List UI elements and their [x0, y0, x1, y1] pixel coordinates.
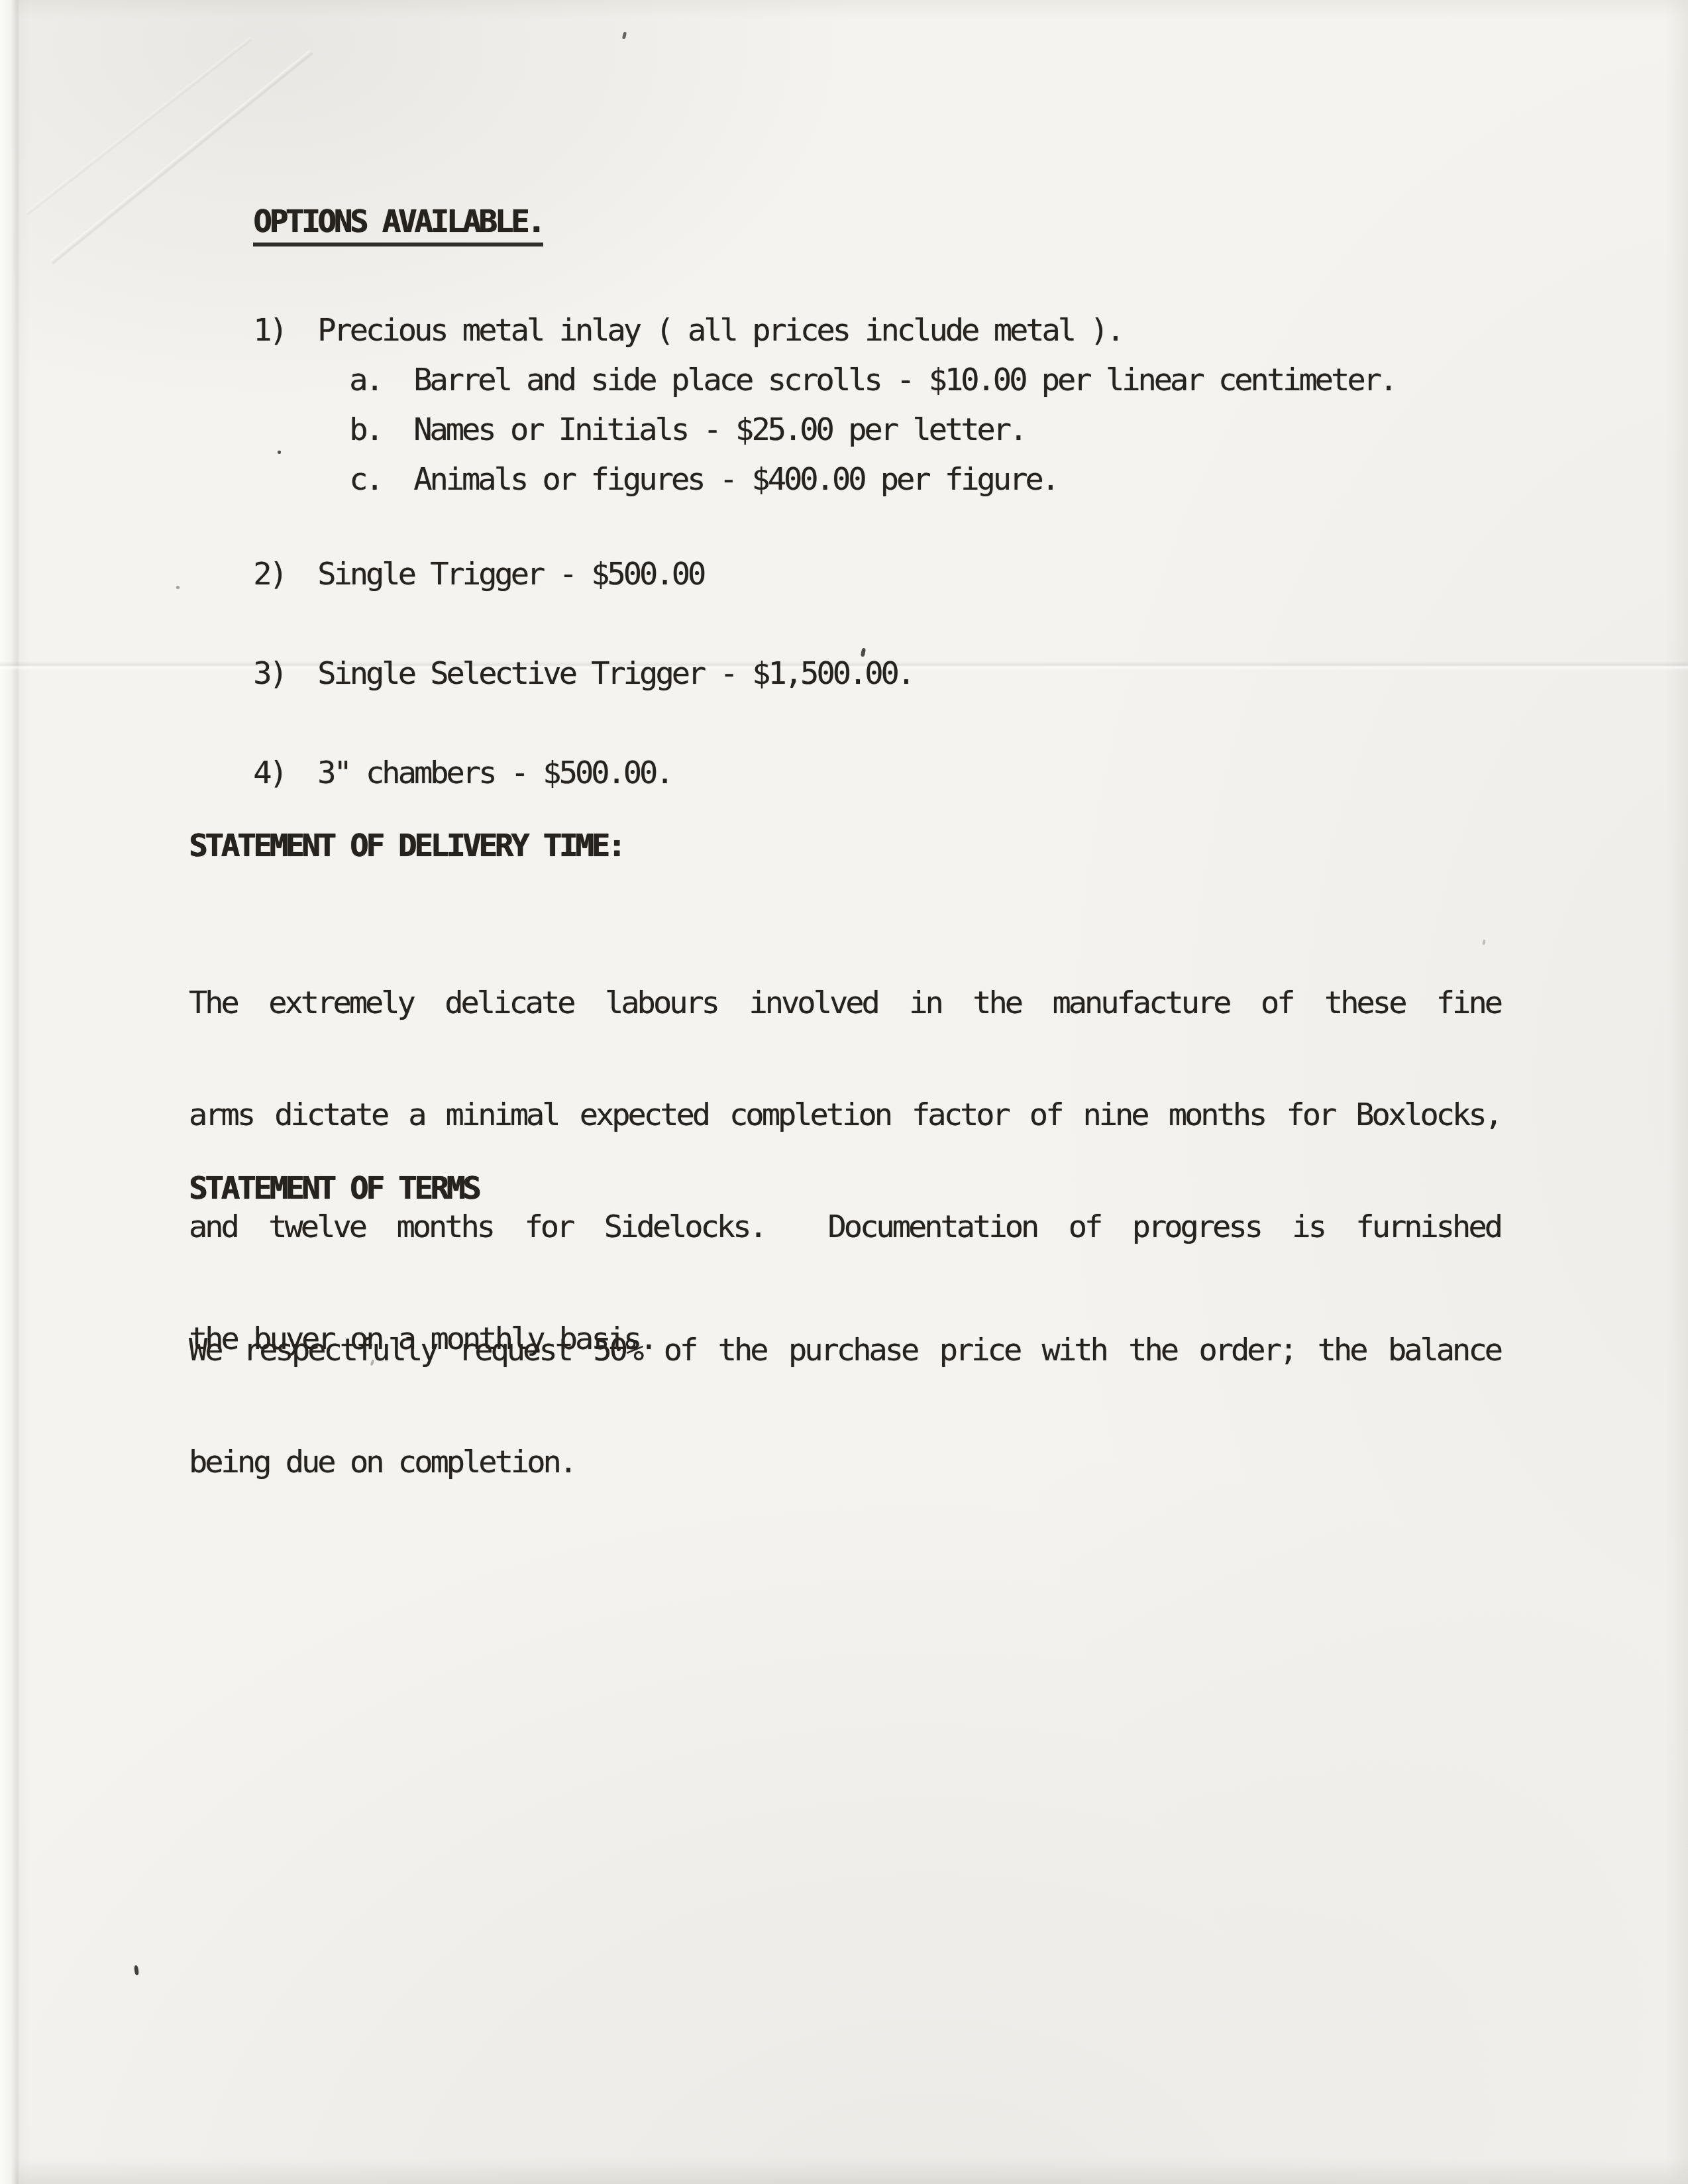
option-4-text: 3" chambers - $500.00. — [317, 755, 672, 791]
options-section-heading: OPTIONS AVAILABLE. — [189, 175, 543, 278]
delivery-paragraph-line-2: arms dictate a minimal expected completi… — [189, 1099, 1501, 1149]
ink-speck — [622, 32, 627, 40]
delivery-paragraph-line-3: and twelve months for Sidelocks. Documen… — [189, 1211, 1501, 1261]
option-4-marker: 4) — [253, 757, 317, 789]
terms-paragraph-line-1: We respectfully request 50% of the purch… — [189, 1335, 1501, 1384]
option-1-subitem-c: c.Animals or figures - $400.00 per figur… — [285, 433, 1057, 526]
paper-left-edge — [0, 0, 20, 2184]
delivery-paragraph-line-1: The extremely delicate labours involved … — [189, 987, 1501, 1037]
delivery-section-heading: STATEMENT OF DELIVERY TIME: — [189, 830, 623, 861]
option-3-text: Single Selective Trigger - $1,500.00. — [317, 655, 913, 692]
subitem-c-marker: c. — [349, 464, 413, 495]
option-2-text: Single Trigger - $500.00 — [317, 556, 704, 592]
option-2-marker: 2) — [253, 559, 317, 590]
stray-period-mark — [278, 451, 281, 454]
option-3-marker: 3) — [253, 658, 317, 689]
stray-apostrophe-mark — [134, 1965, 139, 1976]
option-item-3: 3)Single Selective Trigger - $1,500.00. — [189, 627, 913, 720]
ink-speck — [176, 586, 180, 589]
terms-paragraph-line-2: being due on completion. — [189, 1447, 1501, 1496]
terms-paragraph: We respectfully request 50% of the purch… — [189, 1272, 1501, 1558]
option-item-4: 4)3" chambers - $500.00. — [189, 726, 672, 820]
terms-section-heading: STATEMENT OF TERMS — [189, 1173, 478, 1204]
options-heading-text: OPTIONS AVAILABLE. — [253, 206, 543, 246]
option-item-2: 2)Single Trigger - $500.00 — [189, 527, 704, 621]
subitem-c-text: Animals or figures - $400.00 per figure. — [413, 461, 1057, 498]
scanned-document-page: OPTIONS AVAILABLE. 1)Precious metal inla… — [0, 0, 1688, 2184]
